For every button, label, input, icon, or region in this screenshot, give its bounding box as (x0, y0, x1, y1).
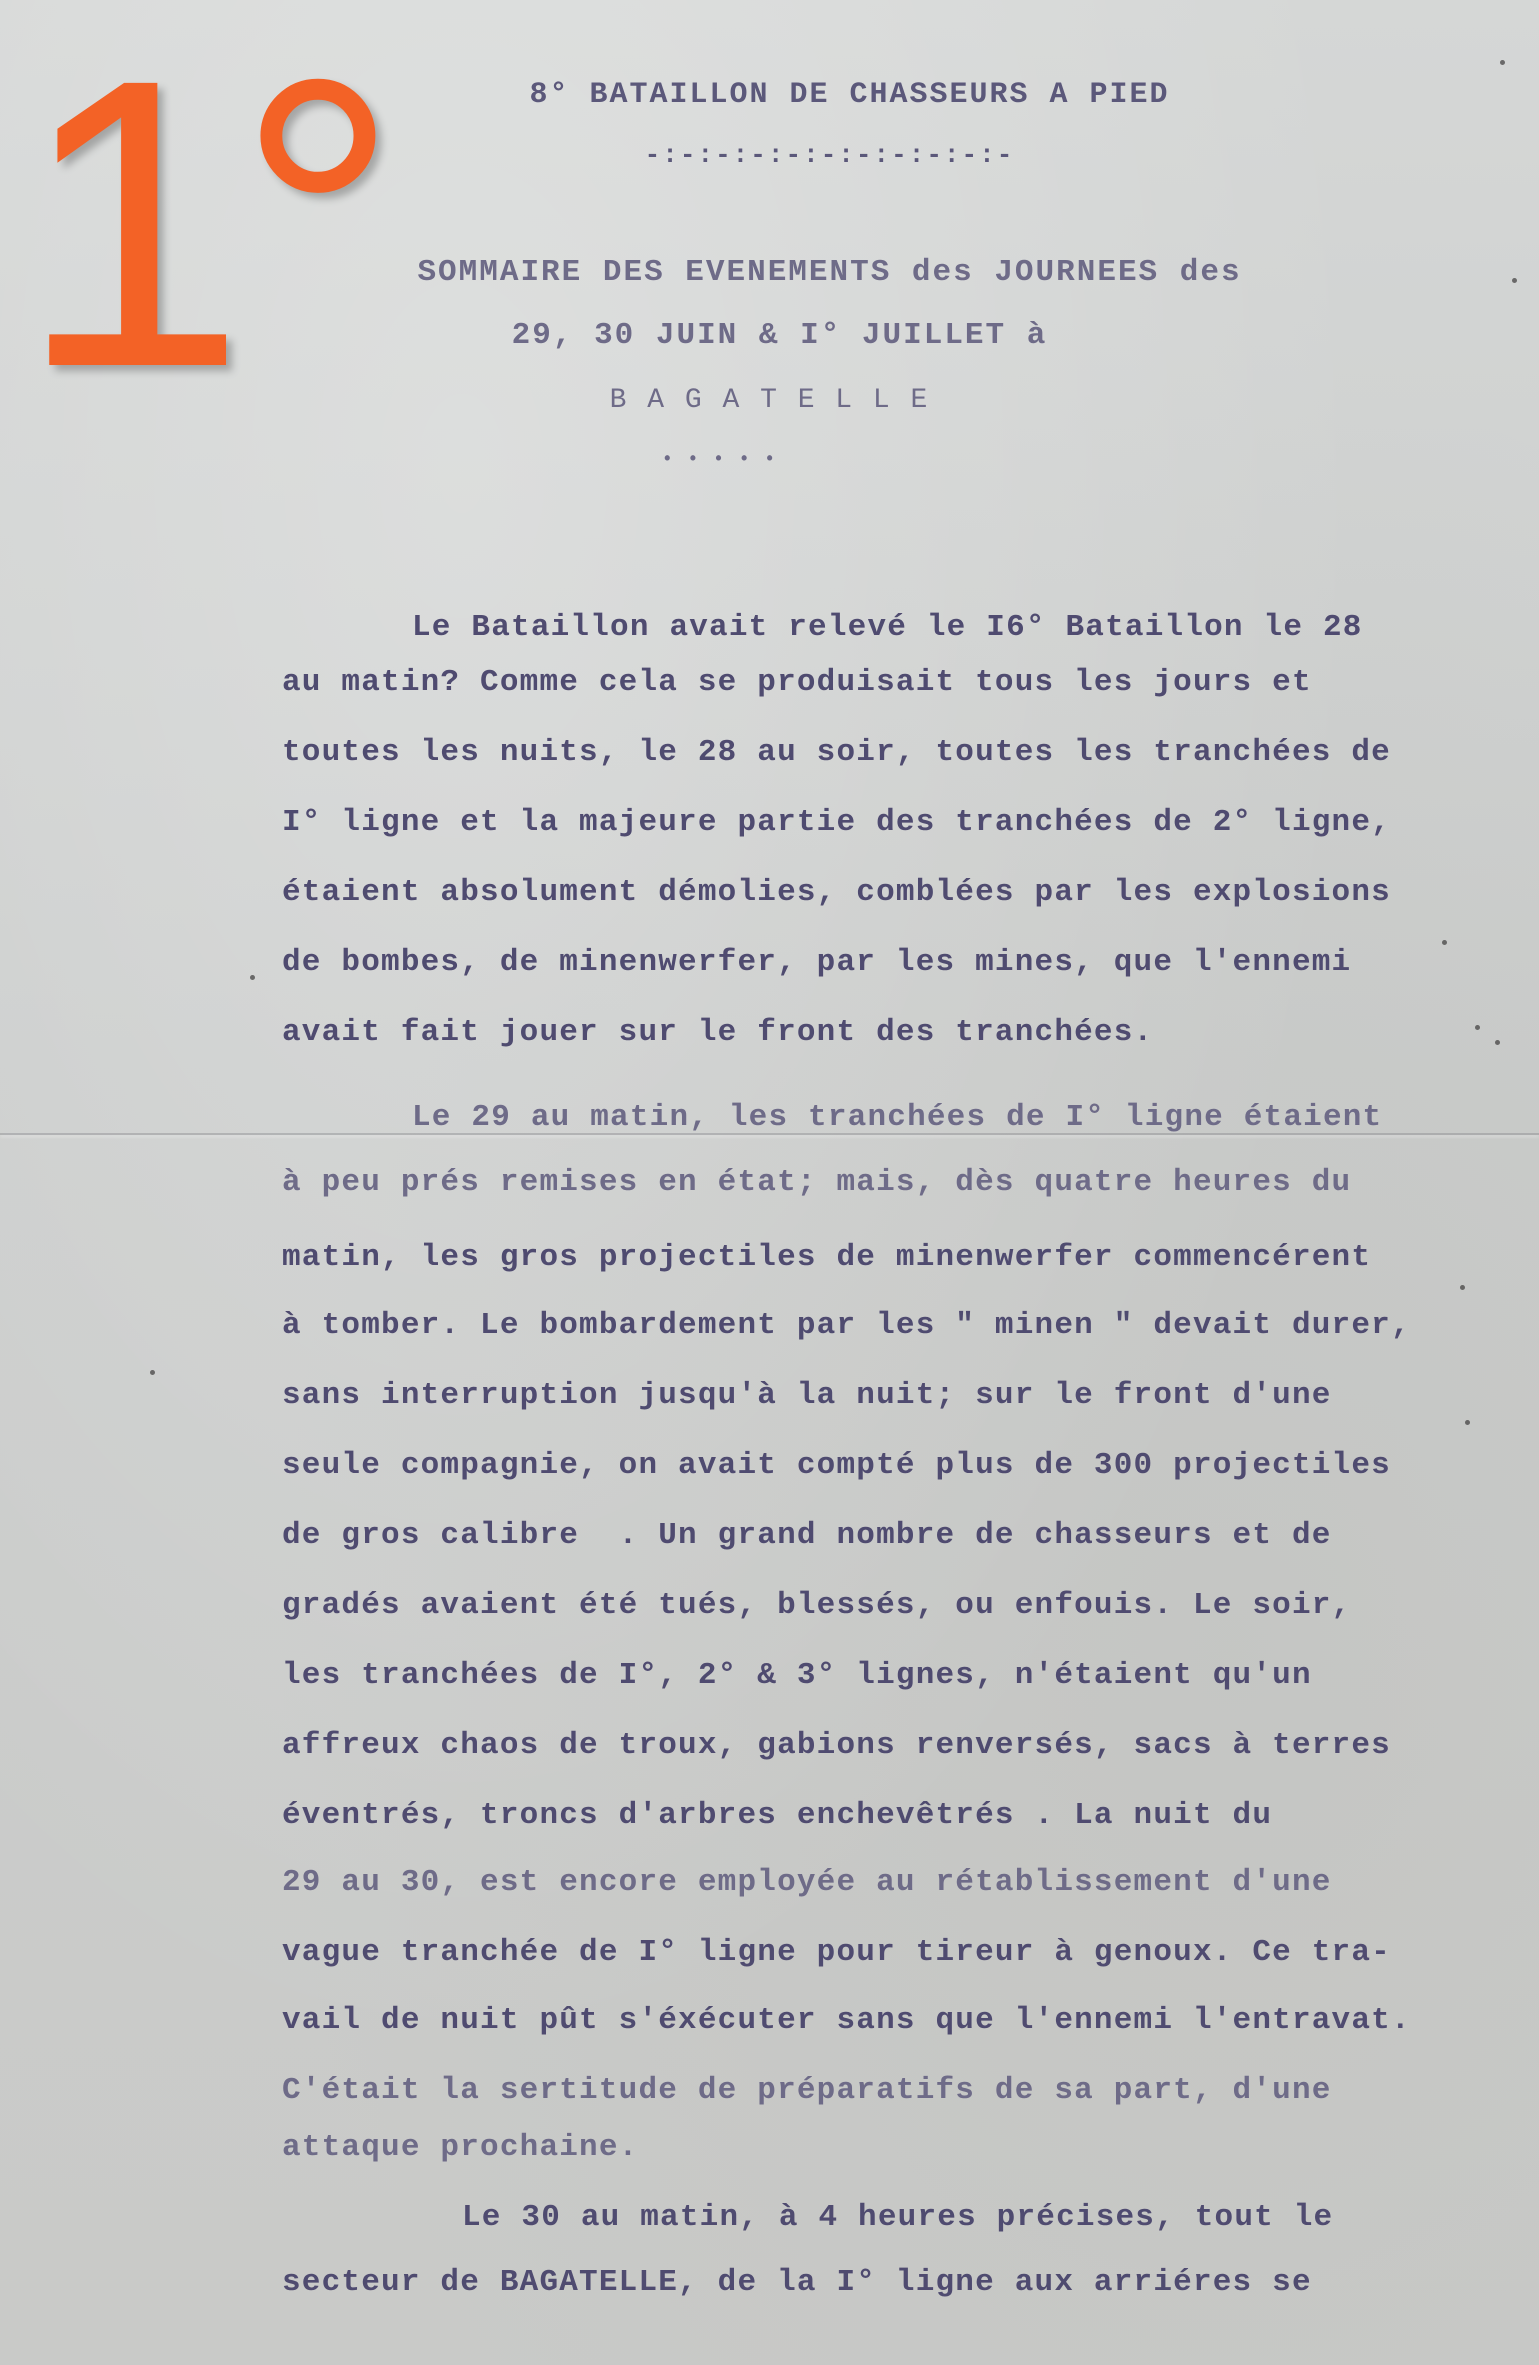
body-line: 29 au 30, est encore employée au rétabli… (282, 1865, 1332, 1900)
paper-hole-mark (1495, 1040, 1500, 1045)
body-line: affreux chaos de troux, gabions renversé… (282, 1728, 1391, 1763)
body-line: attaque prochaine. (282, 2130, 638, 2165)
body-line: matin, les gros projectiles de minenwerf… (282, 1240, 1371, 1275)
body-line: seule compagnie, on avait compté plus de… (282, 1448, 1391, 1483)
body-line: éventrés, troncs d'arbres enchevêtrés . … (282, 1798, 1272, 1833)
body-line: I° ligne et la majeure partie des tranch… (282, 805, 1391, 840)
paper-hole-mark (1442, 940, 1447, 945)
body-line: toutes les nuits, le 28 au soir, toutes … (282, 735, 1391, 770)
body-line: au matin? Comme cela se produisait tous … (282, 665, 1312, 700)
paper-hole-mark (1475, 1025, 1480, 1030)
body-line: C'était la sertitude de préparatifs de s… (282, 2073, 1332, 2108)
paper-hole-mark (250, 975, 255, 980)
place-heading: B A G A T E L L E (0, 385, 1539, 416)
body-line: à tomber. Le bombardement par les " mine… (282, 1308, 1411, 1343)
unit-heading: 8° BATAILLON DE CHASSEURS A PIED (0, 78, 1539, 112)
body-line: de bombes, de minenwerfer, par les mines… (282, 945, 1351, 980)
body-line: Le 29 au matin, les tranchées de I° lign… (412, 1100, 1382, 1135)
heading-separator: -:-:-:-:-:-:-:-:-:-:- (0, 140, 1539, 170)
body-line: gradés avaient été tués, blessés, ou enf… (282, 1588, 1351, 1623)
body-line: secteur de BAGATELLE, de la I° ligne aux… (282, 2265, 1312, 2300)
body-line: les tranchées de I°, 2° & 3° lignes, n'é… (282, 1658, 1312, 1693)
paper-hole-mark (1465, 1420, 1470, 1425)
body-line: avait fait jouer sur le front des tranch… (282, 1015, 1153, 1050)
paper-hole-mark (150, 1370, 155, 1375)
body-line: vail de nuit pût s'éxécuter sans que l'e… (282, 2003, 1411, 2038)
summary-title-line1: SOMMAIRE DES EVENEMENTS des JOURNEES des (0, 255, 1539, 290)
paper-hole-mark (1460, 1285, 1465, 1290)
body-line: à peu prés remises en état; mais, dès qu… (282, 1165, 1351, 1200)
summary-title-line2: 29, 30 JUIN & I° JUILLET à (0, 318, 1539, 353)
body-line: sans interruption jusqu'à la nuit; sur l… (282, 1378, 1332, 1413)
body-line: Le 30 au matin, à 4 heures précises, tou… (462, 2200, 1333, 2235)
body-line: Le Bataillon avait relevé le I6° Bataill… (412, 610, 1363, 645)
paper-hole-mark (1512, 278, 1517, 283)
body-line: étaient absolument démolies, comblées pa… (282, 875, 1391, 910)
body-line: vague tranchée de I° ligne pour tireur à… (282, 1935, 1391, 1970)
heading-dots: • • • • • (0, 450, 1489, 470)
paper-hole-mark (1500, 60, 1505, 65)
body-line: de gros calibre . Un grand nombre de cha… (282, 1518, 1332, 1553)
